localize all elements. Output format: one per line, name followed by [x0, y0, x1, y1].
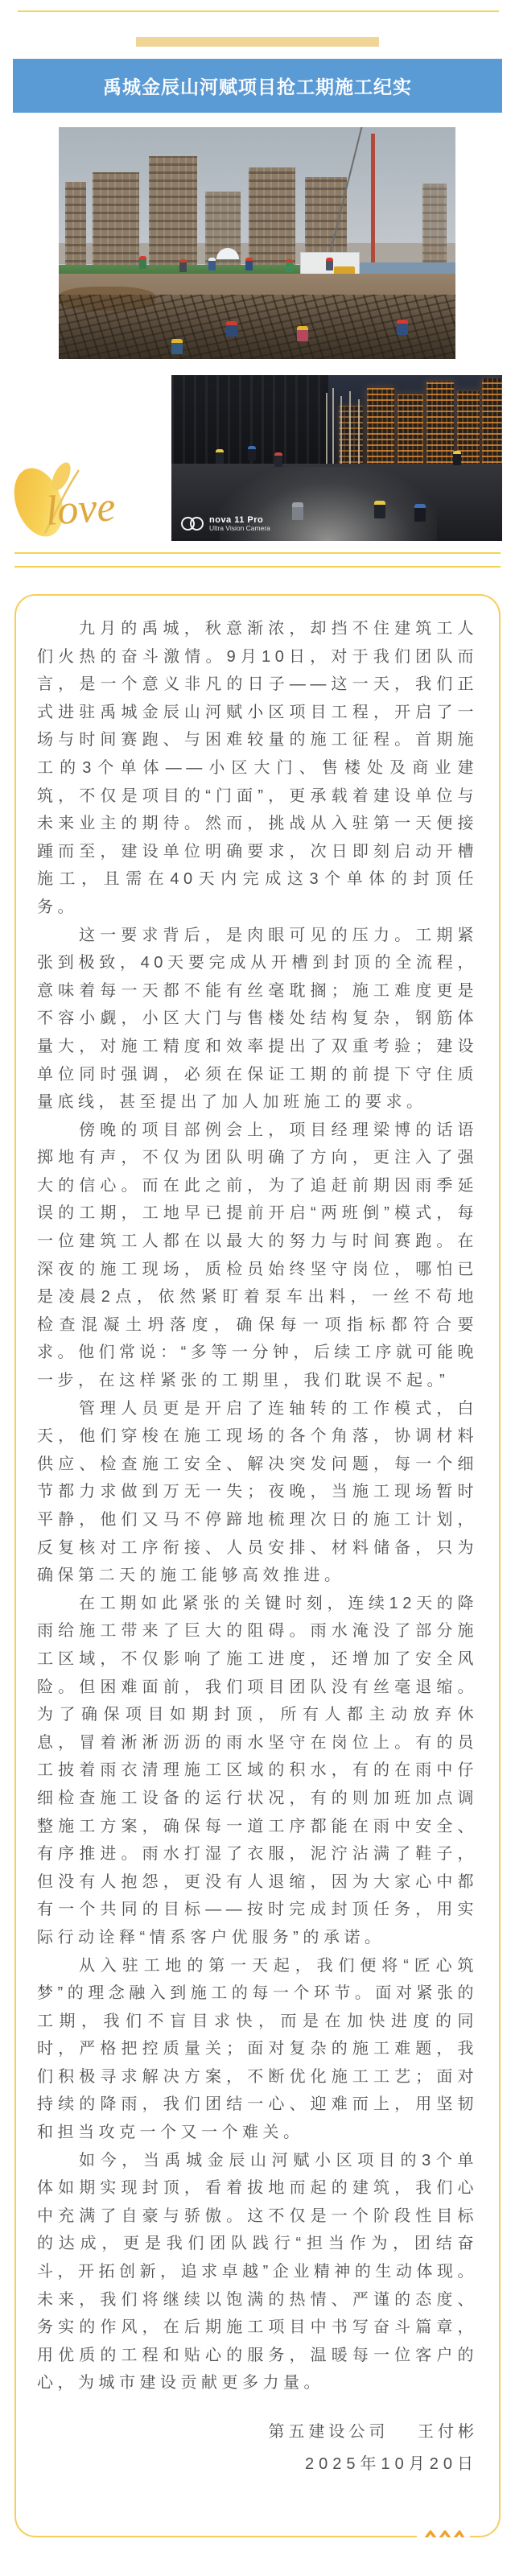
lit-tower	[426, 382, 454, 469]
nova-logo-icon	[181, 517, 204, 530]
worker-figure	[171, 339, 183, 354]
gold-rule-top	[14, 552, 501, 554]
worker-figure	[397, 320, 408, 335]
construction-photo-night[interactable]: nova 11 Pro Ultra Vision Camera	[171, 375, 502, 541]
worker-figure	[297, 326, 308, 341]
article-paragraph: 在工期如此紧张的关键时刻，连续12天的降雨给施工带来了巨大的阻碍。雨水淹没了部分…	[37, 1590, 478, 1952]
article-paragraph: 管理人员更是开启了连轴转的工作模式，白天，他们穿梭在施工现场的各个角落，协调材料…	[37, 1395, 478, 1590]
title-highlight-bar	[136, 37, 379, 47]
worker-figure	[414, 504, 426, 522]
worker-figure	[292, 502, 303, 520]
worker-figure	[374, 501, 385, 518]
article-paragraph: 如今，当禹城金辰山河赋小区项目的3个单体如期实现封顶，看着拔地而起的建筑，我们心…	[37, 2147, 478, 2397]
signature-date: 2025年10月20日	[37, 2450, 478, 2479]
building-silhouette	[149, 156, 197, 279]
article-paragraph: 从入驻工地的第一天起，我们便将“匠心筑梦”的理念融入到施工的每一个环节。面对紧张…	[37, 1952, 478, 2147]
gold-rule-bottom	[14, 566, 501, 568]
pile-driver-mast	[371, 134, 375, 272]
worker-figure	[179, 259, 187, 272]
worker-figure	[248, 446, 256, 460]
worker-figure	[208, 258, 216, 270]
worker-figure	[274, 452, 282, 467]
worker-figure	[453, 451, 461, 465]
watermark-caption: Ultra Vision Camera	[209, 525, 270, 533]
lit-tower	[482, 378, 502, 469]
worker-figure	[139, 256, 146, 269]
article-page: 禹城金辰山河赋项目抢工期施工纪实	[0, 0, 515, 2537]
worker-figure	[326, 258, 333, 270]
zigzag-icon	[417, 2529, 470, 2537]
construction-photo-day[interactable]	[59, 127, 455, 359]
photo-decoration-row: love	[0, 375, 515, 541]
lit-tower	[398, 394, 423, 469]
article-paragraph: 这一要求背后，是肉眼可见的压力。工期紧张到极致，40天要完成从开槽到封顶的全流程…	[37, 922, 478, 1117]
building-silhouette	[93, 172, 139, 279]
love-script-text: love	[44, 484, 117, 535]
worker-figure	[286, 259, 293, 272]
building-silhouette	[65, 182, 86, 279]
gold-leaf-love-decoration: love	[8, 456, 165, 541]
worker-figure	[226, 321, 237, 336]
article-paragraph: 傍晚的项目部例会上，项目经理梁博的话语掷地有声，不仅为团队明确了方向，更注入了强…	[37, 1117, 478, 1395]
lit-tower	[367, 388, 394, 469]
camera-watermark: nova 11 Pro Ultra Vision Camera	[181, 515, 270, 533]
article-paragraph: 九月的禹城，秋意渐浓，却挡不住建筑工人们火热的奋斗激情。9月10日，对于我们团队…	[37, 615, 478, 922]
top-gold-rule	[18, 10, 499, 12]
title-banner: 禹城金辰山河赋项目抢工期施工纪实	[13, 59, 502, 113]
article-body-box: 九月的禹城，秋意渐浓，却挡不住建筑工人们火热的奋斗激情。9月10日，对于我们团队…	[14, 594, 501, 2537]
page-title: 禹城金辰山河赋项目抢工期施工纪实	[103, 72, 412, 99]
worker-figure	[216, 449, 224, 464]
signature-byline: 第五建设公司 王付彬	[37, 2418, 478, 2446]
worker-figure	[245, 258, 253, 270]
